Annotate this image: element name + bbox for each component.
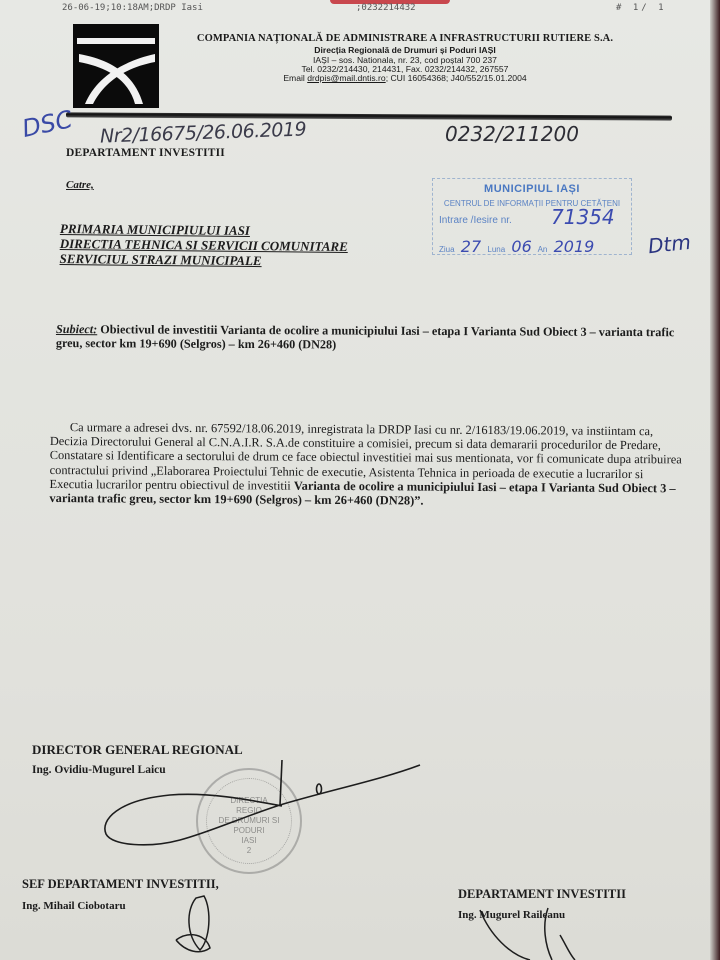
subject-label: Subiect:	[56, 322, 97, 336]
round-stamp-line: REGIO	[198, 806, 300, 816]
to-label: Catre,	[66, 179, 94, 191]
handwritten-initials: Dtm	[647, 230, 692, 258]
head-name: Ing. Mihail Ciobotaru	[22, 901, 219, 912]
department-title: DEPARTAMENT INVESTITII	[66, 147, 225, 159]
subject-text: Obiectivul de investitii Varianta de oco…	[56, 322, 674, 351]
round-stamp-line: PODURI	[198, 826, 300, 836]
recipient-address: PRIMARIA MUNICIPIULUI IASI DIRECTIA TEHN…	[60, 221, 349, 269]
head-role: SEF DEPARTAMENT INVESTITII,	[22, 878, 219, 891]
stamp-date-row: Ziua 27 Luna 06 An 2019	[439, 237, 598, 256]
letterhead-divider	[66, 112, 672, 120]
round-stamp-line: DIRECTIA	[198, 796, 300, 806]
day-label: Ziua	[439, 245, 455, 254]
handwritten-phone-number: 0232/211200	[445, 122, 579, 146]
scanned-letter-page: 26-06-19;10:18AM;DRDP Iasi ;0232214432 #…	[0, 0, 720, 960]
month-value: 06	[511, 237, 531, 256]
year-value: 2019	[554, 237, 595, 256]
month-label: Luna	[487, 245, 505, 254]
road-interchange-logo-icon	[73, 24, 159, 108]
fax-timestamp: 26-06-19;10:18AM;DRDP Iasi	[62, 3, 203, 13]
department-name: Ing. Mugurel Raileanu	[458, 910, 626, 921]
company-name: COMPANIA NAȚIONALĂ DE ADMINISTRARE A INF…	[170, 33, 640, 44]
signature-director: DIRECTOR GENERAL REGIONAL Ing. Ovidiu-Mu…	[32, 743, 243, 777]
day-value: 27	[461, 237, 481, 256]
email-label: Email	[283, 73, 305, 83]
round-stamp-line: IASI	[198, 836, 300, 846]
stamp-title: MUNICIPIUL IAȘI	[433, 183, 631, 195]
stamp-number-label: Intrare /Iesire nr.	[439, 215, 512, 226]
fax-transmission-header: 26-06-19;10:18AM;DRDP Iasi ;0232214432 #…	[62, 3, 682, 15]
fax-page-counter: # 1/ 1	[616, 3, 667, 13]
page-shadow-edge	[710, 0, 720, 960]
year-label: An	[538, 245, 548, 254]
round-stamp-text: DIRECTIAREGIODE DRUMURI SIPODURIIASI2	[198, 796, 300, 856]
director-role: DIRECTOR GENERAL REGIONAL	[32, 743, 243, 756]
registry-info: ; CUI 16054368; J40/552/15.01.2004	[386, 73, 527, 83]
recipient-line-3: SERVICIUL STRAZI MUNICIPALE	[60, 251, 348, 269]
department-role: DEPARTAMENT INVESTITII	[458, 888, 626, 901]
stamp-number-value: 71354	[551, 205, 615, 229]
subject-line: Subiect: Obiectivul de investitii Varian…	[56, 322, 676, 353]
letterhead: COMPANIA NAȚIONALĂ DE ADMINISTRARE A INF…	[170, 33, 640, 83]
signature-department: DEPARTAMENT INVESTITII Ing. Mugurel Rail…	[458, 888, 626, 921]
round-stamp-line: DE DRUMURI SI	[198, 816, 300, 826]
body-paragraph: Ca urmare a adresei dvs. nr. 67592/18.06…	[49, 420, 684, 510]
email-registry: Email drdpis@mail.dntis.ro; CUI 16054368…	[170, 74, 640, 83]
round-stamp-line: 2	[198, 846, 300, 856]
email-link[interactable]: drdpis@mail.dntis.ro	[307, 73, 385, 83]
official-round-stamp: DIRECTIAREGIODE DRUMURI SIPODURIIASI2	[196, 768, 302, 874]
handwritten-registration-number: Nr2/16675/26.06.2019	[100, 118, 307, 147]
director-name: Ing. Ovidiu-Mugurel Laicu	[32, 765, 243, 777]
fax-number: ;0232214432	[356, 3, 416, 13]
letter-body: Ca urmare a adresei dvs. nr. 67592/18.06…	[49, 420, 684, 510]
handwritten-dsc-note: DSC	[20, 105, 75, 143]
signature-head-of-department: SEF DEPARTAMENT INVESTITII, Ing. Mihail …	[22, 878, 219, 912]
registration-stamp: MUNICIPIUL IAȘI CENTRUL DE INFORMAȚII PE…	[432, 178, 632, 255]
